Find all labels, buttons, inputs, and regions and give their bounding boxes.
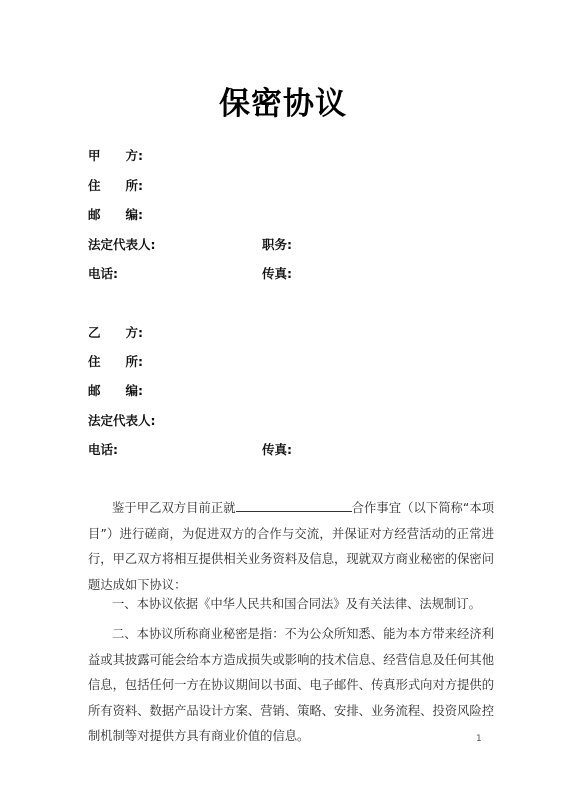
party-b-phone-label: 电话: [88, 440, 118, 458]
preamble-text-start: 鉴于甲乙双方目前正就 [112, 501, 236, 515]
party-b-label: 乙 方: [88, 323, 143, 341]
page-number: 1 [476, 734, 482, 744]
preamble-paragraph: 鉴于甲乙双方目前正就合作事宜（以下简称“本项目”）进行磋商，为促进双方的合作与交… [88, 496, 494, 598]
party-a-postcode-label: 邮 编: [88, 205, 143, 223]
party-b-postcode-label: 邮 编: [88, 381, 143, 399]
party-a-fax-label: 传真: [262, 264, 292, 282]
party-a-label: 甲 方: [88, 146, 143, 164]
clause-1: 一、本协议依据《中华人民共和国合同法》及有关法律、法规制订。 [88, 592, 494, 618]
party-b-fax-label: 传真: [262, 440, 292, 458]
party-a-position-label: 职务: [262, 235, 292, 253]
party-a-legal-rep-label: 法定代表人: [88, 235, 156, 253]
clause-2: 二、本协议所称商业秘密是指：不为公众所知悉、能为本方带来经济利益或其披露可能会给… [88, 622, 494, 750]
party-a-phone-label: 电话: [88, 264, 118, 282]
project-name-blank [236, 499, 352, 512]
party-b-legal-rep-label: 法定代表人: [88, 411, 156, 429]
party-b-address-label: 住 所: [88, 352, 143, 370]
party-a-address-label: 住 所: [88, 176, 143, 194]
document-title: 保密协议 [0, 78, 566, 123]
